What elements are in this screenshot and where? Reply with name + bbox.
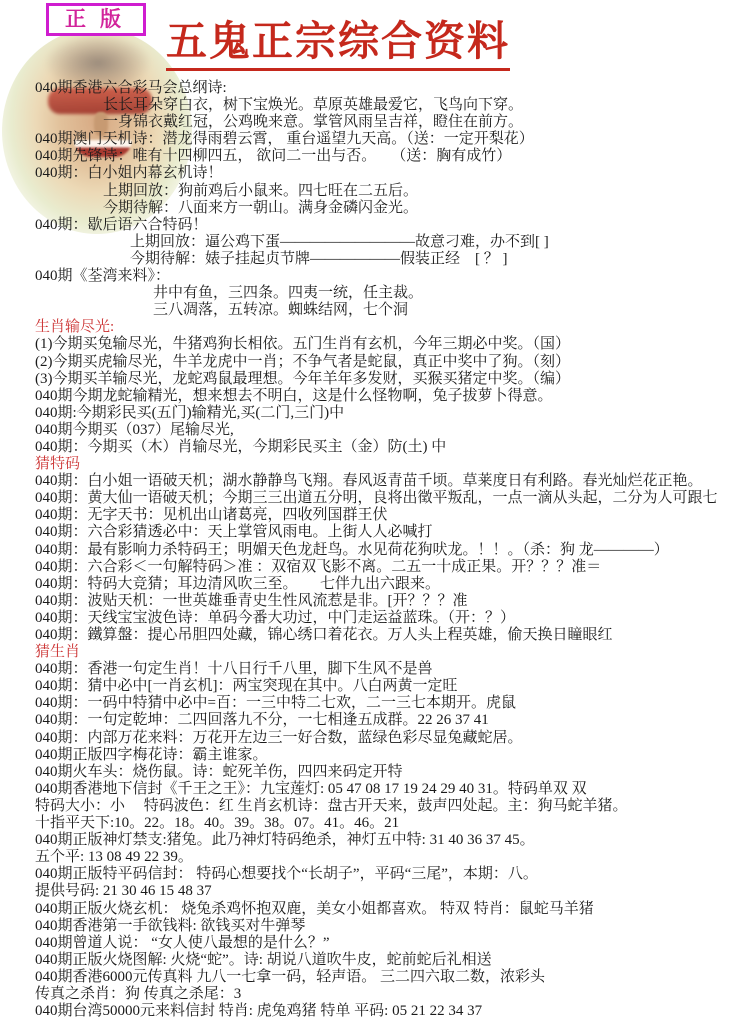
text-line: 040期：今期买（木）肖输尽光，今期彩民买主（金）防(土) 中 [35,439,745,456]
text-line: 040期:今期彩民买(五门)输精光,买(二门,三门)中 [35,405,745,422]
text-line: 040期：鐵算盤：提心吊胆四处藏，锦心绣口着花衣。万人头上程英雄，偷天换日瞳眼红 [35,627,745,644]
text-line: 040期：内部万花来料：万花开左边三一好合数，蓝绿色彩尽显兔藏蛇居。 [35,730,745,747]
text-line: 040期香港六合彩马会总纲诗: [35,80,745,97]
text-line: 长长耳朵穿白衣，树下宝焕光。草原英雄最爱它，飞鸟向下穿。 [35,97,745,114]
authentic-badge: 正版 [46,3,146,36]
text-line: 040期香港地下信封《千王之王》：九宝莲灯: 05 47 08 17 19 24… [35,781,745,798]
text-line: 040期澳门天机诗：潜龙得雨碧云霄， 重台遥望九天高。（送：一定开梨花） [35,131,745,148]
text-line: 上期回放：逼公鸡下蛋—————————故意刁难，办不到[ ] [35,234,745,251]
tip-sheet-page: 正版 五鬼正宗综合资料 040期香港六合彩马会总纲诗:长长耳朵穿白衣，树下宝焕光… [0,0,748,1022]
text-line: 040期：歇后语六合特码！ [35,217,745,234]
text-line: 040期：无字天书：见机出山诸葛亮，四收列国群王伏 [35,507,745,524]
text-line: 040期：香港一句定生肖！十八日行千八里，脚下生风不是兽 [35,661,745,678]
text-line: 提供号码: 21 30 46 15 48 37 [35,883,745,900]
text-line: 040期香港6000元传真料 九八一七拿一码，轻声语。 三二四六取二数，浓彩头 [35,969,745,986]
text-line: 040期：波贴天机：一世英雄垂青史生性风流惹是非。[开？？？准 [35,593,745,610]
text-line: 040期台湾50000元来料信封 特肖: 虎兔鸡猪 特单 平码: 05 21 2… [35,1003,745,1020]
text-line: 五个平: 13 08 49 22 39。 [35,849,745,866]
text-line: 040期香港第一手欲钱料: 欲钱买对牛弹琴 [35,918,745,935]
text-line: 040期：白小姐内幕玄机诗！ [35,165,745,182]
text-line: 040期今期买（037）尾输尽光, [35,422,745,439]
text-line: 040期：猜中必中[一肖玄机]：两宝突现在其中。八白两黄一定旺 [35,678,745,695]
text-line: 040期：特码大竞猜；耳边清风吹三至。 七伴九出六跟来。 [35,576,745,593]
text-line: 上期回放：狗前鸡后小鼠来。四七旺在二五后。 [35,183,745,200]
content-lines: 040期香港六合彩马会总纲诗:长长耳朵穿白衣，树下宝焕光。草原英雄最爱它，飞鸟向… [35,80,745,1020]
text-line: 今期待解：八面来方一朝山。满身金磷闪金光。 [35,200,745,217]
section-heading: 猜生肖 [35,644,745,661]
text-line: 040期：最有影响力杀特码王；明媚天色龙赶鸟。水见荷花狗吠龙。！！。（杀：狗 龙… [35,542,745,559]
text-line: 一身锦衣戴红冠，公鸡晚来意。掌管风雨呈吉祥，瞪住在前方。 [35,114,745,131]
text-line: 040期：黄大仙一语破天机；今期三三出道五分明，良将出徵平叛乱，一点一滴从头起，… [35,490,745,507]
text-line: 040期正版特平码信封： 特码心想要找个“长胡子”，平码“三尾”，本期：八。 [35,866,745,883]
text-line: 040期正版四字梅花诗：霸主谁家。 [35,747,745,764]
text-line: 040期正版神灯禁支:猪兔。此乃神灯特码绝杀，神灯五中特: 31 40 36 3… [35,832,745,849]
text-line: 今期待解：婊子挂起贞节牌——————假装正经 [ ？ ] [35,251,745,268]
text-line: 传真之杀肖：狗 传真之杀尾：3 [35,986,745,1003]
text-line: 040期先锋诗：唯有十四柳四五， 欲问二一出与否。 （送：胸有成竹） [35,148,745,165]
text-line: 040期正版火烧图解: 火烧“蛇”。诗: 胡说八道吹牛皮，蛇前蛇后礼相送 [35,952,745,969]
text-line: 040期：天线宝宝波色诗：单码今番大功过，中门走运益蓝珠。（开：？） [35,610,745,627]
text-line: 040期今期龙蛇输精光，想来想去不明白，这是什么怪物啊，兔子拔萝卜得意。 [35,388,745,405]
section-heading: 生肖输尽光: [35,319,745,336]
text-line: 040期《荃湾来料》： [35,268,745,285]
text-line: 十指平天下:10。22。18。40。39。38。07。41。46。21 [35,815,745,832]
text-line: 040期：白小姐一语破天机；湖水静静鸟飞翔。春风返青苗千顷。草莱度日有利路。春光… [35,473,745,490]
text-line: 040期：一码中特猜中必中=百：一三中特二七欢，二一三七本期开。虎鼠 [35,695,745,712]
text-line: 040期：六合彩猜透必中：天上掌管风雨电。上街人人必喊打 [35,524,745,541]
text-line: (1)今期买兔输尽光，牛猪鸡狗长相依。五门生肖有玄机，今年三期必中奖。（国） [35,336,745,353]
text-line: 040期：一句定乾坤：二四回落九不分，一七相逢五成群。22 26 37 41 [35,712,745,729]
text-line: (3)今期买羊输尽光，龙蛇鸡鼠最理想。今年羊年多发财，买猴买猪定中奖。（编） [35,371,745,388]
section-heading: 猜特码 [35,456,745,473]
text-line: 特码大小：小 特码波色：红 生肖玄机诗：盘古开天来，鼓声四处起。主：狗马蛇羊猪。 [35,798,745,815]
text-line: 井中有鱼，三四条。四夷一统，任主裁。 [35,285,745,302]
text-line: 三八凋落，五转凉。蜘蛛结网，七个洞 [35,302,745,319]
text-line: 040期曾道人说： “女人使八最想的是什么？” [35,935,745,952]
text-line: 040期正版火烧玄机： 烧兔杀鸡怀抱双鹿，美女小姐都喜欢。 特双 特肖：鼠蛇马羊… [35,901,745,918]
text-line: 040期：六合彩＜一句解特码＞准 ：双宿双飞影不离。二五一十成正果。开？？？准＝ [35,559,745,576]
text-line: 040期火车头：烧伤鼠。诗：蛇死羊伤，四四来码定开特 [35,764,745,781]
text-line: (2)今期买虎输尽光，牛羊龙虎中一肖；不争气者是蛇鼠，真正中奖中了狗。（刻） [35,354,745,371]
page-title: 五鬼正宗综合资料 [166,18,510,71]
